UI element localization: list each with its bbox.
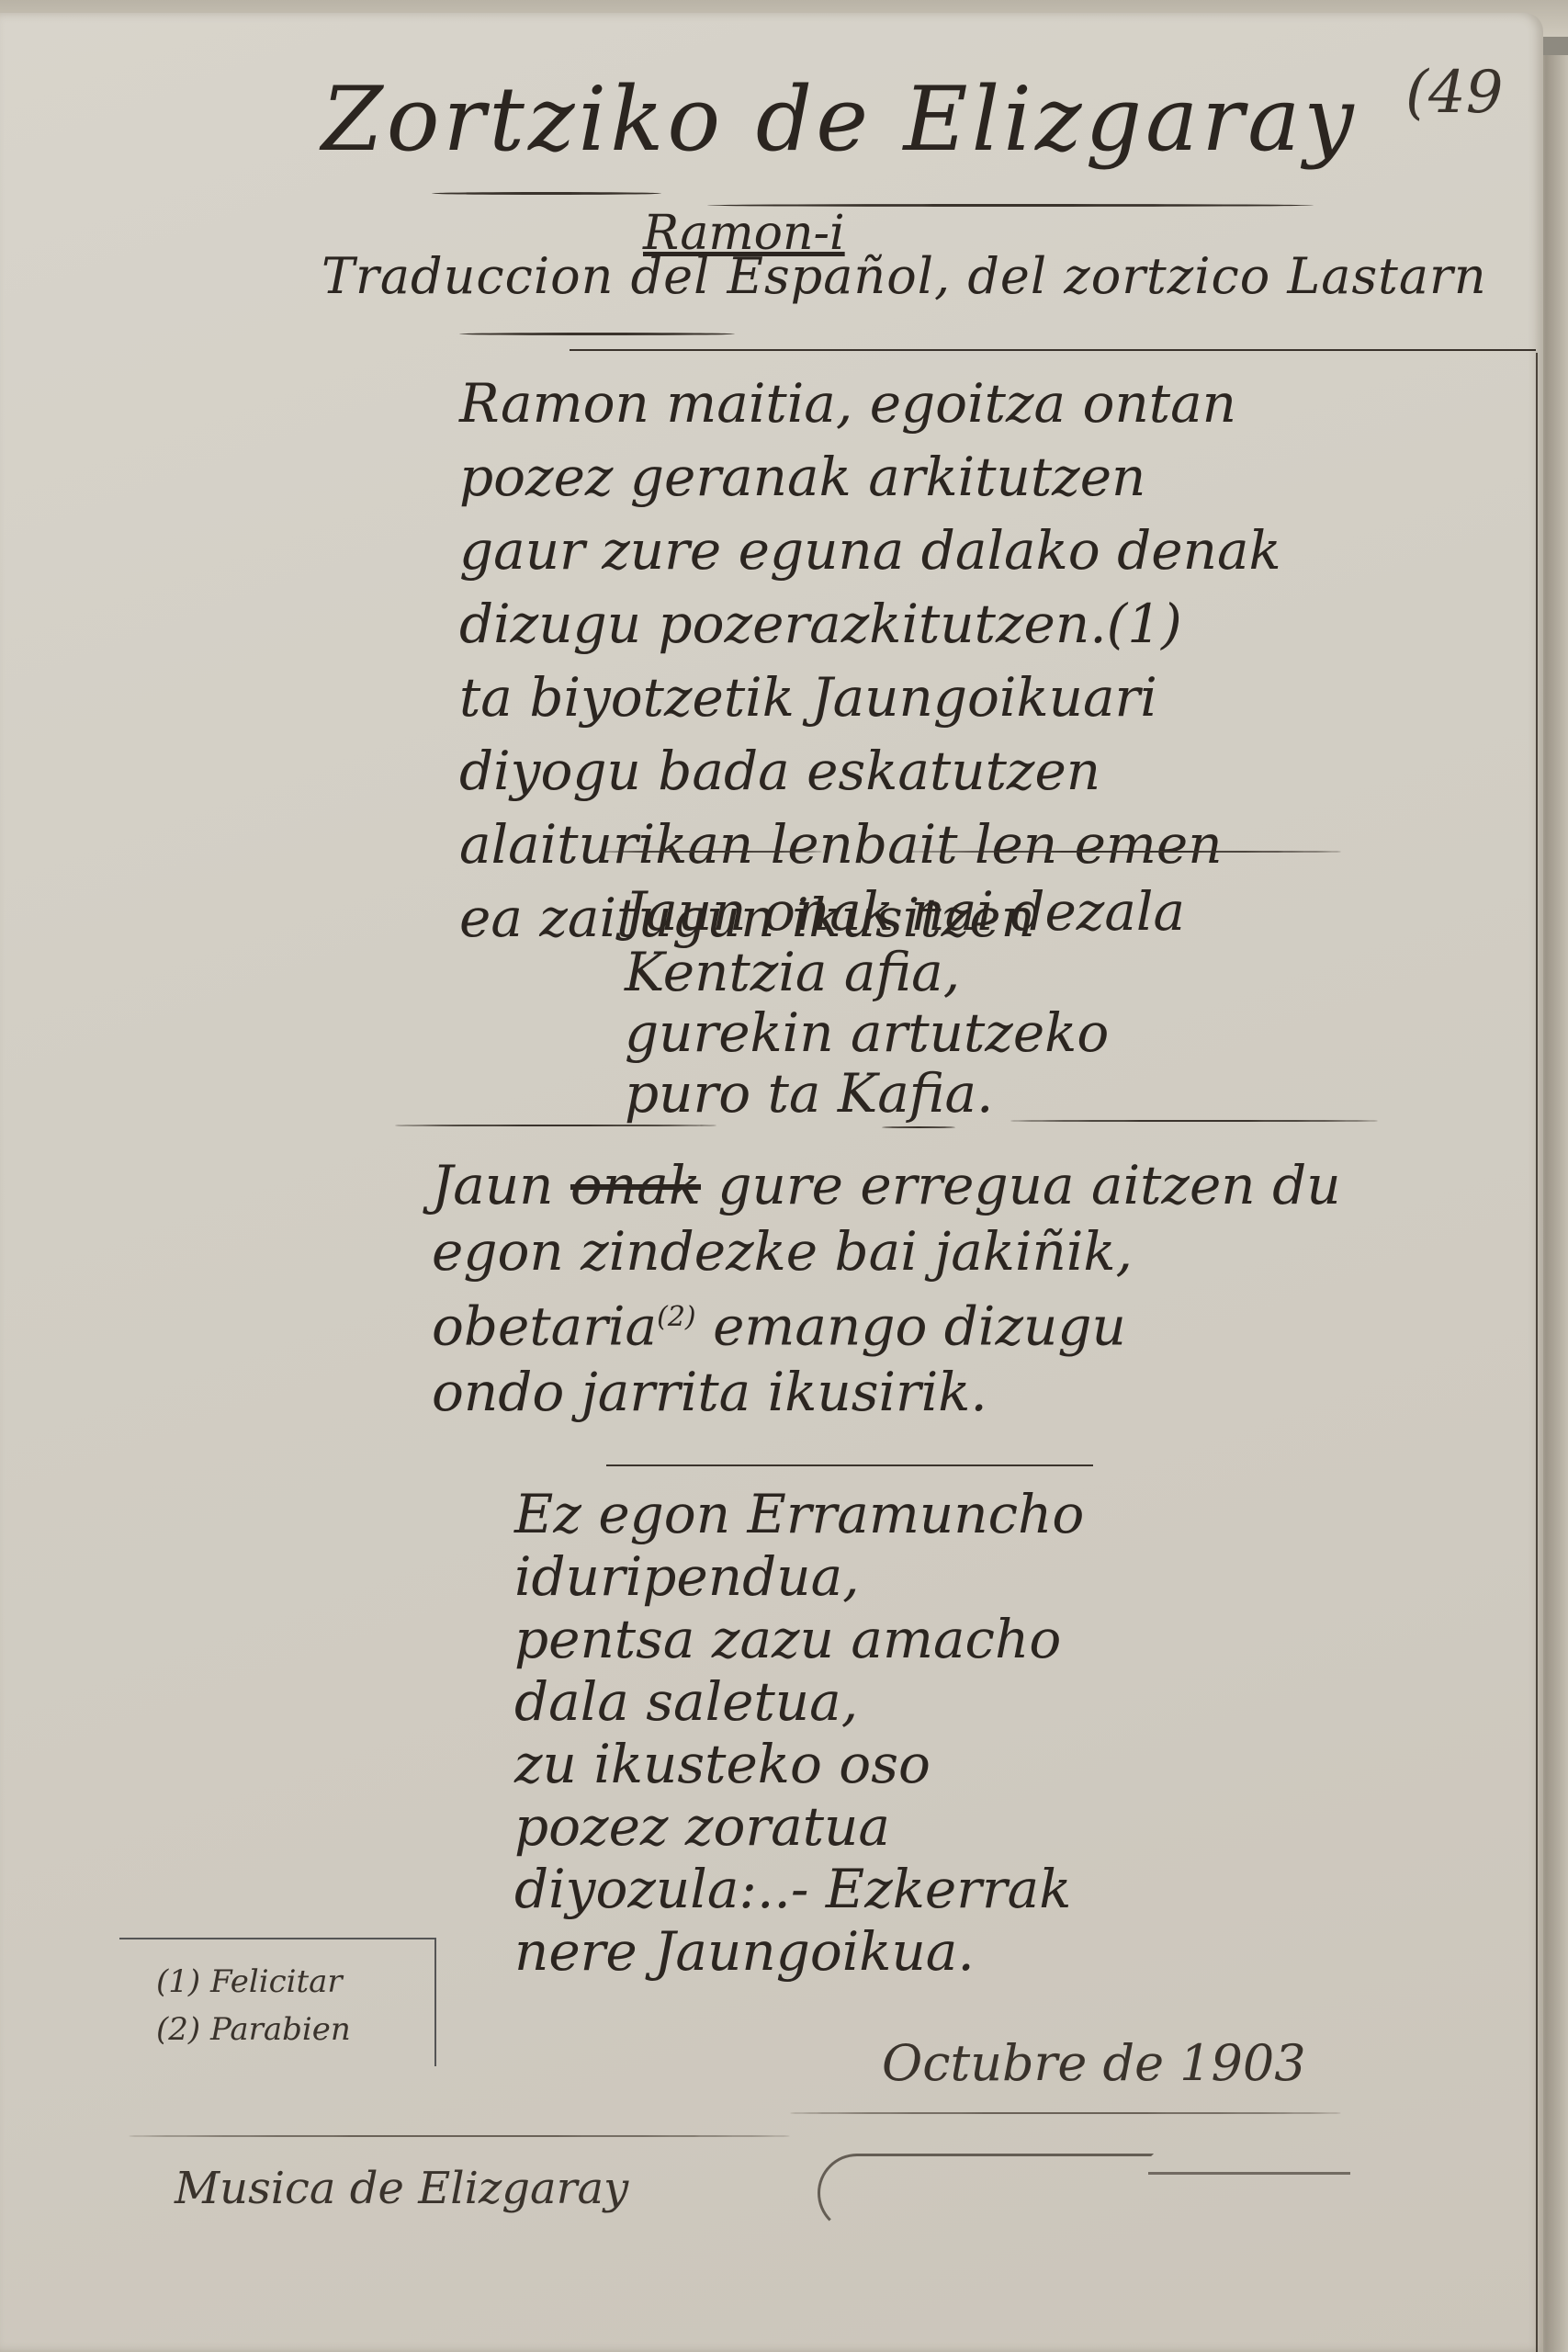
title-underline-left <box>432 192 661 195</box>
verse-line: Jaun onak nai dezala <box>625 881 1185 942</box>
verse-line: Ez egon Erramuncho <box>514 1483 1084 1545</box>
signature-flourish-tail <box>1148 2172 1350 2175</box>
footnotes-box: (1) Felicitar (2) Parabien <box>119 1938 436 2066</box>
verse-line: pozez geranak arkitutzen <box>459 440 1281 514</box>
struck-out-word: onak <box>570 1154 701 1216</box>
verse-word: gure erregua aitzen du <box>717 1154 1340 1216</box>
verse-line: diyogu bada eskatutzen <box>459 734 1281 808</box>
stanza-divider-left <box>602 851 822 853</box>
stanza-3: Jaun onak gure erregua aitzen du egon zi… <box>432 1152 1341 1425</box>
footnote-1: (1) Felicitar <box>156 1958 434 2006</box>
closing-rule-right <box>790 2112 1341 2114</box>
verse-line: pentsa zazu amacho <box>514 1608 1084 1670</box>
music-credit: Musica de Elizgaray <box>175 2163 628 2214</box>
verse-word: Jaun <box>432 1154 554 1216</box>
verse-line: nere Jaungoikua. <box>514 1920 1084 1983</box>
verse-line: egon zindezke bai jakiñik, <box>432 1218 1341 1284</box>
verse-line: ta biyotzetik Jaungoikuari <box>459 661 1281 734</box>
stanza-2: Jaun onak nai dezala Kentzia afia, gurek… <box>625 881 1185 1124</box>
verse-line: Kentzia afia, <box>625 942 1185 1002</box>
footnote-2: (2) Parabien <box>156 2006 434 2053</box>
section-rule-full <box>570 349 1536 351</box>
verse-line: iduripendua, <box>514 1545 1084 1608</box>
section-rule-left <box>459 333 735 335</box>
page-title: Zortziko de Elizgaray <box>321 68 1358 171</box>
stanza-divider <box>606 1464 1093 1466</box>
verse-line: gurekin artutzeko <box>625 1002 1185 1063</box>
verse-word: obetaria <box>432 1295 657 1357</box>
stanza-1: Ramon maitia, egoitza ontan pozez gerana… <box>459 367 1281 955</box>
verse-line: dala saletua, <box>514 1670 1084 1733</box>
page-number: (49 <box>1405 59 1503 127</box>
stanza-divider-right <box>1010 1120 1378 1122</box>
verse-line: diyozula:..- Ezkerrak <box>514 1858 1084 1920</box>
verse-word: emango dizugu <box>713 1295 1126 1357</box>
verse-line: alaiturikan lenbait len emen <box>459 808 1281 881</box>
date: Octubre de 1903 <box>882 2034 1306 2092</box>
subtitle: Traduccion del Español, del zortzico Las… <box>321 247 1487 305</box>
page-margin-line <box>1536 353 1538 2352</box>
stanza-divider-left <box>395 1125 716 1126</box>
verse-line: pozez zoratua <box>514 1795 1084 1858</box>
closing-rule-left <box>129 2135 790 2137</box>
stanza-divider-mid <box>882 1126 955 1128</box>
verse-line: gaur zure eguna dalako denak <box>459 514 1281 587</box>
manuscript-page: Zortziko de Elizgaray (49 Ramon-i Traduc… <box>0 13 1543 2352</box>
verse-line: ondo jarrita ikusirik. <box>432 1359 1341 1425</box>
verse-line: zu ikusteko oso <box>514 1733 1084 1795</box>
verse-line: Ramon maitia, egoitza ontan <box>459 367 1281 440</box>
stanza-4: Ez egon Erramuncho iduripendua, pentsa z… <box>514 1483 1084 1983</box>
signature-flourish-icon <box>818 2154 1154 2233</box>
footnote-marker: (2) <box>657 1301 696 1333</box>
verse-line: dizugu pozerazkitutzen.(1) <box>459 587 1281 661</box>
stanza-divider-right <box>909 851 1341 853</box>
verse-line: puro ta Kafia. <box>625 1063 1185 1124</box>
